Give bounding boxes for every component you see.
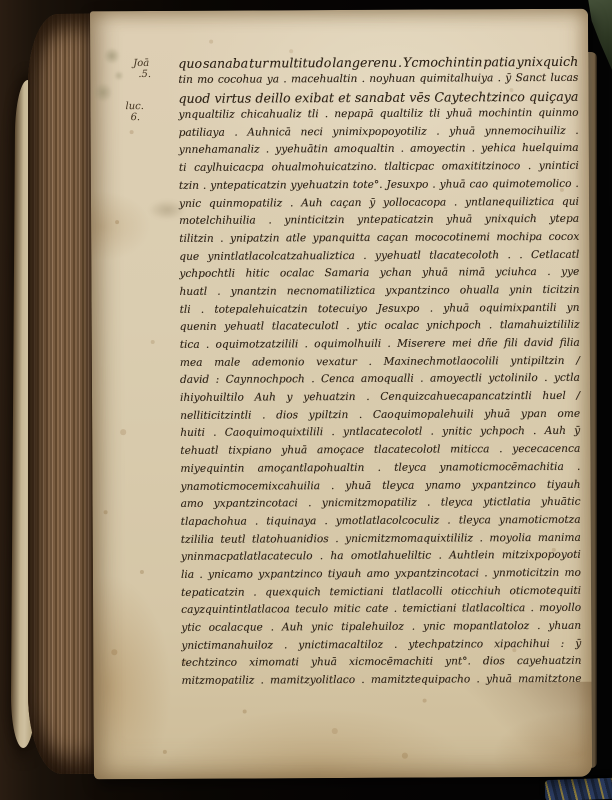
text-line: yticocalacque.Auhynictipalehuiloz.ynicmo… — [181, 620, 581, 640]
book-photo: Joā.5.luc.6. quosanabaturmultitudolanger… — [0, 0, 612, 800]
text-line: tehuatltixpianoyhuāamoçacetlacatecolotlm… — [180, 443, 580, 463]
manuscript-page: Joā.5.luc.6. quosanabaturmultitudolanger… — [90, 9, 592, 780]
text-line: tzililiateutltlatohuanidios.ynicmitzmoma… — [181, 531, 581, 551]
text-line: miyequintinamoçantlapohualtin.tleycaynam… — [180, 461, 580, 481]
text-line: queninyehuatltlacateculotl.yticocalacyni… — [180, 319, 580, 339]
ink-blot — [84, 39, 130, 115]
endband — [545, 778, 612, 800]
text-line: tepaticatzin.quexquichtemictianitlatlaco… — [181, 584, 581, 604]
page-edge-stack — [28, 14, 98, 774]
margin-notes: Joā.5.luc.6. — [90, 9, 588, 12]
text-line: patiliaya.Auhnicāneciynimixpopoyotiliz.y… — [179, 125, 579, 145]
text-line: ticaylhuicacpaohualmohuicatzino.tlalticp… — [179, 160, 579, 180]
text-line: david:Caynnochpoch.Cencaamoqualli.amoyec… — [180, 372, 580, 392]
text-line: tinmococohuaya.macehualtin.noyhuanquimit… — [178, 71, 578, 91]
text-line: ihiyohuiltiloAuhyyehuatzin.Cenquizcahuec… — [180, 390, 580, 410]
text-line: tzin.yntepaticatzinyyehuatzintote°.Jesux… — [179, 178, 579, 198]
text-line: queynintlatlacolcatzahualiztica.yyehuatl… — [179, 248, 579, 268]
text-line: ynictimanahuiloz.ynictimacaltiloz.ytechp… — [181, 637, 581, 657]
text-line: cayzquintintlatlacoateculomiticcate.temi… — [181, 602, 581, 622]
page-corner-curl — [462, 682, 592, 778]
text-block: quosanabaturmultitudolangerenu.Ycmochint… — [178, 54, 581, 693]
margin-note: luc.6. — [125, 101, 144, 123]
text-line: nelliticitzintli.diosypiltzin.Caoquimopa… — [180, 407, 580, 427]
text-line: amoyxpantzincotaci.ynicmitzmopatiliz.tle… — [181, 496, 581, 516]
text-line: lia.ynicamoyxpantzincotiyauhamoyxpantzin… — [181, 567, 581, 587]
text-line: tica.oquimotzatzilili.oquimolhuili.Miser… — [180, 337, 580, 357]
text-line: yninmacpatlatlacateculo.haomotlahuelilti… — [181, 549, 581, 569]
text-line: quodvirtusdeilloexibatetsanabatvēsCaytec… — [178, 89, 578, 109]
text-line: huiti.Caoquimoquixtilili.yntlacatecolotl… — [180, 425, 580, 445]
text-line: ynamoticmocemixcahuilia.yhuātleycaynamoy… — [180, 478, 580, 498]
text-line: techtzincoximomatiyhuāxicmocēmachitiynt°… — [181, 655, 581, 675]
text-line: mitzmopatiliz.mamitzyolitlaco.mamitztequ… — [181, 673, 581, 693]
text-line: ynqualtilizchicahualiztli.nepapāqualtili… — [179, 107, 579, 127]
text-line: ychpochtlihiticocalacSamariaychanyhuānim… — [179, 266, 579, 286]
text-line: meamaleademoniovexatur.Maxinechmotlaocol… — [180, 354, 580, 374]
margin-note: Joā.5. — [133, 58, 151, 80]
text-line: ynicquinmopatiliz.Auhcaçanȳyollocacopa.y… — [179, 195, 579, 215]
text-line: motelchihuilia.yninticitzinyntepaticatzi… — [179, 213, 579, 233]
text-line: ynnehamanaliz.yyehuātinamoqualtin.amoyec… — [179, 142, 579, 162]
text-line: huatl.ynantzinnecnomatilizticayxpantzinc… — [179, 284, 579, 304]
text-line: quosanabaturmultitudolangerenu.Ycmochint… — [178, 54, 578, 74]
text-line: tli.totepalehuicatzintotecuiyoJesuxpo.yh… — [180, 301, 580, 321]
text-line: tilitzin.ynipatzinatleypanquittacaçanmoc… — [179, 231, 579, 251]
text-line: tlapachohua.tiquinaya.ymotlatlacolcoculi… — [181, 514, 581, 534]
foxing-specks — [90, 11, 92, 13]
